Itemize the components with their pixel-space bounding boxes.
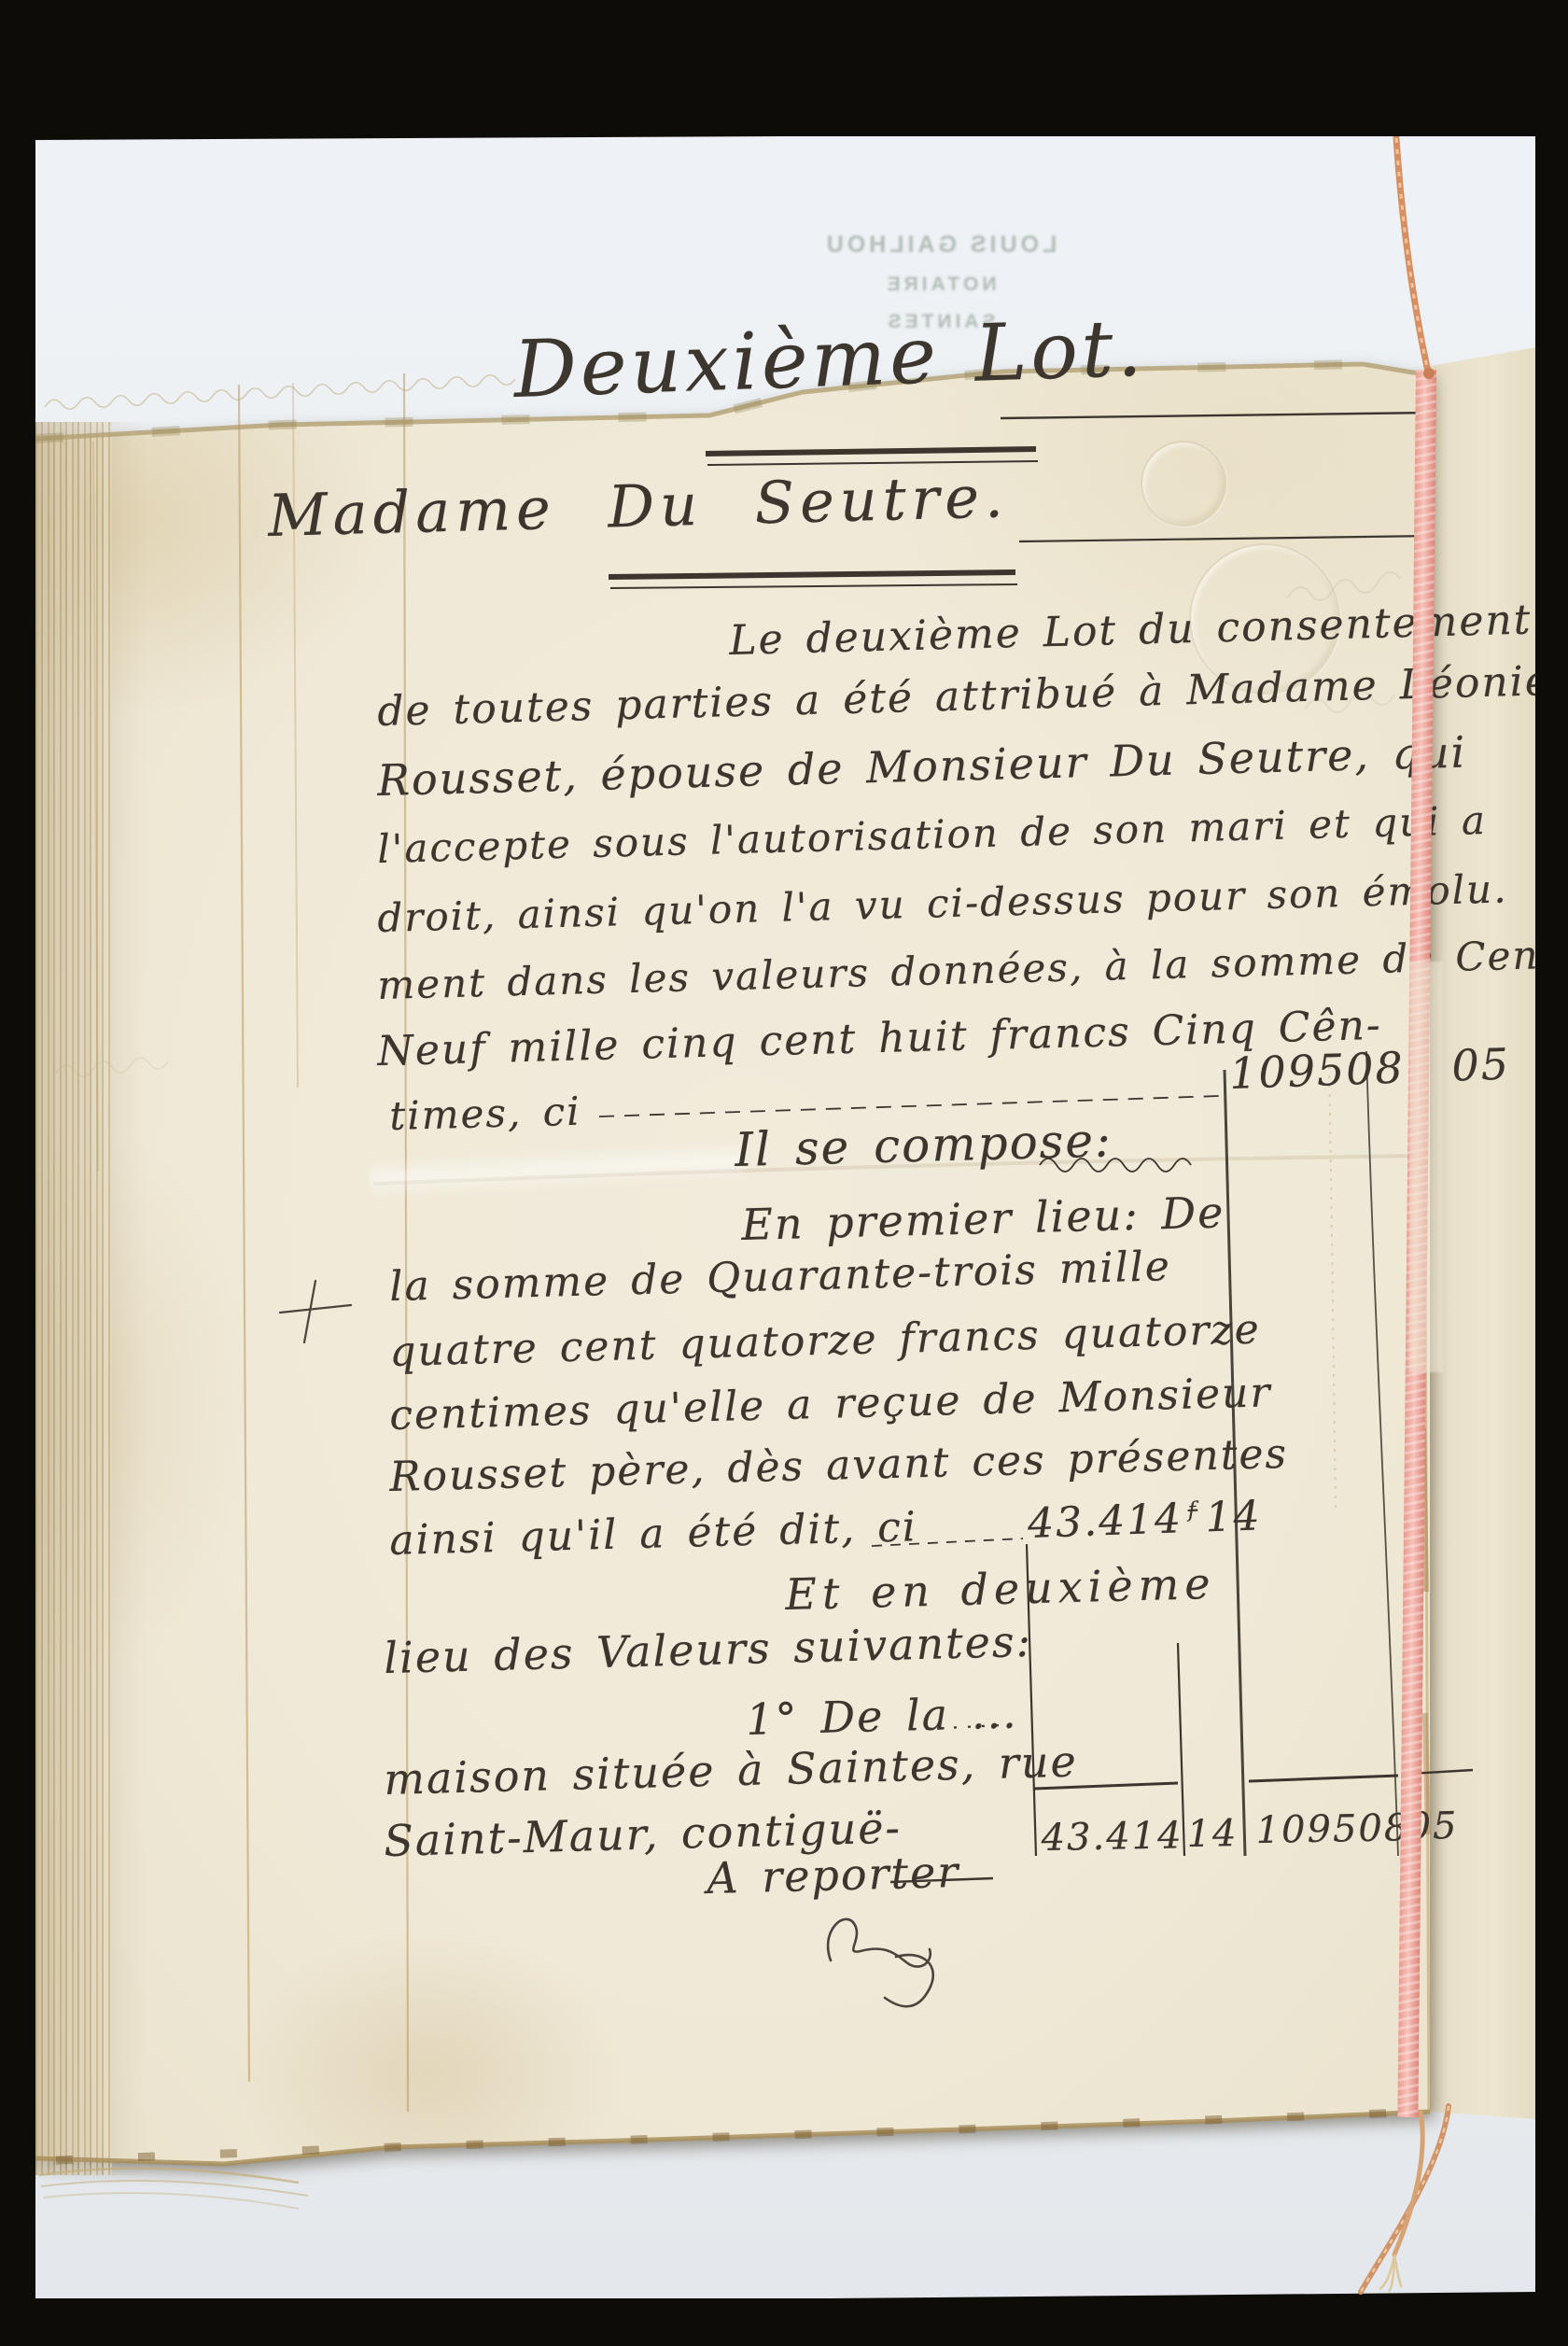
photo-backdrop-right (1535, 0, 1568, 2346)
photographed-document: LOUIS GAILHOU NOTAIRE SAINTES Deuxième L… (0, 0, 1568, 2346)
cord-knot (1423, 368, 1435, 379)
photo-backdrop-top (0, 0, 1568, 136)
binding-cord-bottom-long-twist (1361, 2106, 1449, 2292)
binding-cords-layer (0, 0, 1568, 2346)
binding-cord-bottom-long (1361, 2106, 1449, 2292)
photo-backdrop-left (0, 0, 35, 2346)
binding-cord-top (1396, 138, 1428, 372)
photo-backdrop-bottom (0, 2298, 1568, 2346)
